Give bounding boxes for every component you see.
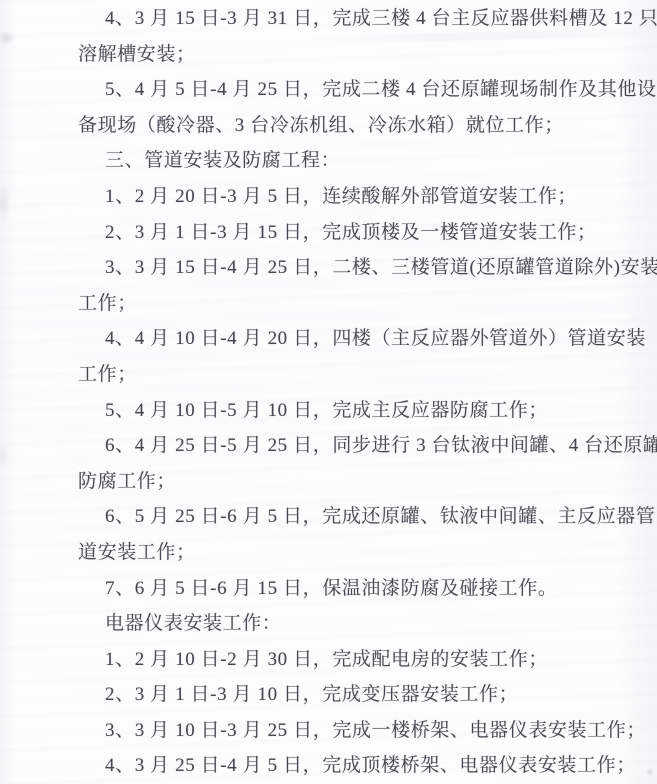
text-line: 备现场（酸冷器、3 台冷冻机组、冷冻水箱）就位工作； [78,108,623,144]
section-heading: 三、管道安装及防腐工程： [78,143,623,179]
text-line: 3、3 月 10 日-3 月 25 日，完成一楼桥架、电器仪表安装工作； [78,713,623,749]
scan-artifact [0,440,9,470]
scan-artifact [646,768,654,776]
text-line: 4、4 月 10 日-4 月 20 日，四楼（主反应器外管道外）管道安装 [78,321,623,357]
scan-artifact [0,30,16,46]
text-line: 6、5 月 25 日-6 月 5 日，完成还原罐、钛液中间罐、主反应器管 [78,499,623,535]
section-heading: 电器仪表安装工作： [78,606,623,642]
text-line: 工作； [78,357,623,393]
text-line: 1、2 月 10 日-2 月 30 日，完成配电房的安装工作； [78,642,623,678]
document-body: 4、3 月 15 日-3 月 31 日，完成三楼 4 台主反应器供料槽及 12 … [78,1,623,784]
text-line: 5、4 月 10 日-5 月 10 日，完成主反应器防腐工作； [78,393,623,429]
text-line: 3、3 月 15 日-4 月 25 日，二楼、三楼管道(还原罐管道除外)安装 [78,250,623,286]
text-line: 1、2 月 20 日-3 月 5 日，连续酸解外部管道安装工作； [78,179,623,215]
text-line: 4、3 月 15 日-3 月 31 日，完成三楼 4 台主反应器供料槽及 12 … [78,1,623,37]
scan-artifact [0,183,11,223]
text-line: 5、4 月 5 日-4 月 25 日，完成二楼 4 台还原罐现场制作及其他设 [78,72,623,108]
text-line: 6、4 月 25 日-5 月 25 日，同步进行 3 台钛液中间罐、4 台还原罐 [78,428,623,464]
text-line: 溶解槽安装； [78,37,623,73]
text-line: 2、3 月 1 日-3 月 15 日，完成顶楼及一楼管道安装工作； [78,215,623,251]
text-line: 7、6 月 5 日-6 月 15 日，保温油漆防腐及碰接工作。 [78,571,623,607]
text-line: 4、3 月 25 日-4 月 5 日，完成顶楼桥架、电器仪表安装工作； [78,748,623,784]
scanned-page: 4、3 月 15 日-3 月 31 日，完成三楼 4 台主反应器供料槽及 12 … [0,0,657,784]
text-line: 防腐工作； [78,464,623,500]
text-line: 2、3 月 1 日-3 月 10 日，完成变压器安装工作； [78,677,623,713]
text-line: 工作； [78,286,623,322]
text-line: 道安装工作； [78,535,623,571]
